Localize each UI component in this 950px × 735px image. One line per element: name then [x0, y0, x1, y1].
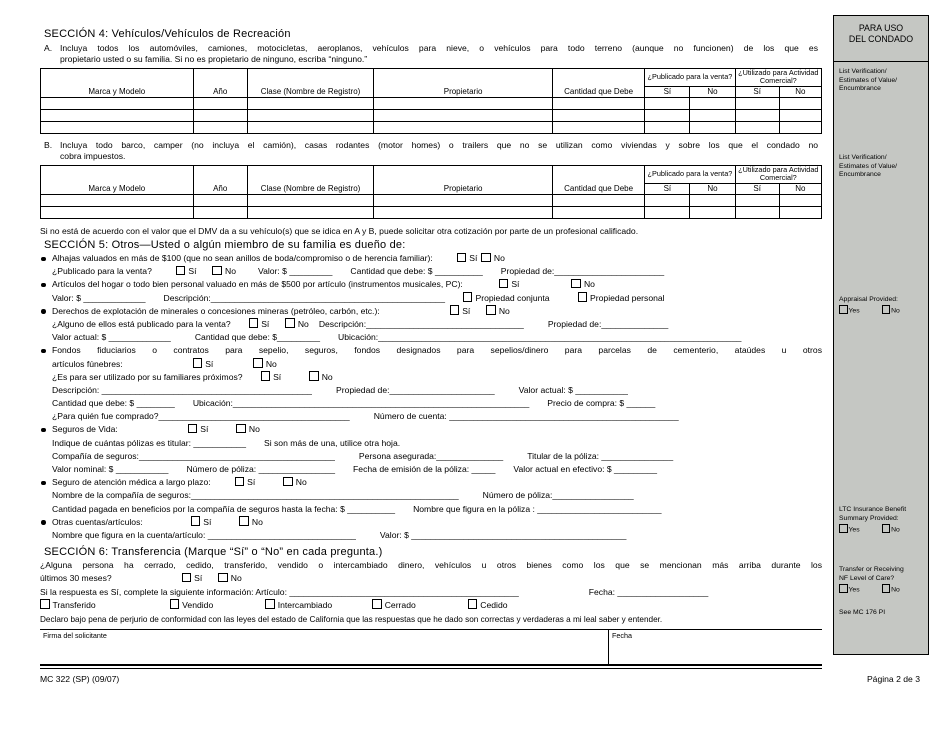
item-alhajas: Alhajas valuados en más de $100 (que no …	[40, 252, 822, 278]
table-row	[41, 195, 822, 207]
checkbox-propiedad-personal[interactable]	[578, 292, 588, 302]
checkbox-familiares-si[interactable]	[261, 371, 271, 381]
checkbox-publicado-no[interactable]	[212, 266, 222, 276]
ubicacion-field[interactable]: Ubicación:______________________________…	[338, 332, 741, 342]
checkbox-alhajas-no[interactable]	[481, 253, 491, 263]
bullet-icon	[41, 428, 46, 433]
polizas-nota: Si son más de una, utilice otra hoja.	[264, 438, 400, 448]
table-row	[41, 98, 822, 110]
seguros-vida-text: Seguros de Vida:	[52, 424, 118, 434]
checkbox-familiares-no[interactable]	[309, 371, 319, 381]
checkbox-label: Yes	[849, 308, 860, 315]
checkbox-fondos-si[interactable]	[193, 358, 203, 368]
checkbox-label: Sí	[469, 253, 477, 263]
checkbox-intercambiado[interactable]	[265, 599, 275, 609]
cantidad-beneficios-field[interactable]: Cantidad pagada en beneficios por la com…	[52, 504, 395, 514]
col-si-2: Sí	[735, 184, 779, 195]
checkbox-label: No	[225, 266, 236, 276]
minerales-text: Derechos de explotación de minerales o c…	[52, 306, 380, 316]
item-a-label: A.	[40, 43, 60, 54]
seguro-medico-text: Seguro de atención médica a largo plazo:	[52, 477, 211, 487]
checkbox-label: Cerrado	[385, 600, 416, 610]
checkbox-minerales-publicado-no[interactable]	[285, 318, 295, 328]
checkbox-label: Sí	[511, 279, 519, 289]
bullet-icon	[41, 481, 46, 486]
precio-compra-field[interactable]: Precio de compra: $ ______	[547, 398, 655, 408]
valor-field[interactable]: Valor: $ _________	[258, 266, 332, 276]
form-page: SECCIÓN 4: Vehículos/Vehículos de Recrea…	[0, 0, 950, 735]
checkbox-label: Sí	[194, 573, 202, 583]
checkbox-cedido[interactable]	[468, 599, 478, 609]
publicado-venta-q: ¿Publicado para la venta?	[52, 266, 152, 276]
checkbox-vendido[interactable]	[170, 599, 180, 609]
col-marca: Marca y Modelo	[41, 166, 194, 195]
checkbox-label: Cedido	[480, 600, 507, 610]
polizas-titular-field[interactable]: Indique de cuántas pólizas es titular: _…	[52, 438, 246, 448]
checkbox-articulos-si[interactable]	[499, 279, 509, 289]
numero-cuenta-field[interactable]: Número de cuenta: ______________________…	[374, 411, 679, 421]
col-cantidad: Cantidad que Debe	[552, 69, 644, 98]
item-articulos-hogar: Artículos del hogar o todo bien personal…	[40, 278, 822, 304]
nombre-cuenta-field[interactable]: Nombre que figura en la cuenta/artículo:…	[52, 530, 356, 540]
appraisal-provided-options: YesNo	[839, 305, 900, 315]
valor-field[interactable]: Valor: $ _____________	[52, 293, 146, 303]
publicado-venta-q: ¿Alguno de ellos está publicado para la …	[52, 319, 231, 329]
checkbox-label: Transferido	[53, 600, 96, 610]
page-number: Página 2 de 3	[867, 674, 920, 684]
col-no-1: No	[690, 184, 735, 195]
see-mc176-note: See MC 176 PI	[839, 609, 925, 618]
otras-cuentas-text: Otras cuentas/artículos:	[52, 517, 143, 527]
checkbox-fondos-no[interactable]	[253, 358, 263, 368]
checkbox-appraisal-yes[interactable]	[839, 305, 848, 314]
propiedad-de-field[interactable]: Propiedad de:______________________	[336, 385, 495, 395]
fecha-emision-field[interactable]: Fecha de emisión de la póliza: _____	[353, 464, 495, 474]
col-utilizado-group: ¿Utilizado para Actividad Comercial?	[735, 166, 821, 184]
checkbox-label: No	[266, 359, 277, 369]
persona-asegurada-field[interactable]: Persona asegurada:______________	[359, 451, 503, 461]
cantidad-debe-field[interactable]: Cantidad que debe: $_________	[195, 332, 320, 342]
checkbox-label: Propiedad conjunta	[475, 293, 549, 303]
list-verification-block-2: List Verification/ Estimates of Value/ E…	[839, 154, 925, 180]
checkbox-articulos-no[interactable]	[571, 279, 581, 289]
checkbox-label: No	[584, 279, 595, 289]
vehicles-table-a: Marca y Modelo Año Clase (Nombre de Regi…	[40, 68, 822, 134]
col-si-1: Sí	[645, 184, 690, 195]
item-minerales: Derechos de explotación de minerales o c…	[40, 305, 822, 345]
checkbox-minerales-si[interactable]	[450, 305, 460, 315]
table-row	[41, 110, 822, 122]
vehicles-table-b: Marca y Modelo Año Clase (Nombre de Regi…	[40, 165, 822, 219]
checkbox-appraisal-no[interactable]	[882, 305, 891, 314]
checkbox-alhajas-si[interactable]	[457, 253, 467, 263]
bullet-icon	[41, 309, 46, 314]
checkbox-nf-no[interactable]	[882, 584, 891, 593]
col-si-1: Sí	[645, 87, 690, 98]
appraisal-provided-label: Appraisal Provided:	[839, 296, 925, 305]
form-main-column: SECCIÓN 4: Vehículos/Vehículos de Recrea…	[40, 28, 822, 684]
checkbox-label: No	[891, 587, 900, 594]
checkbox-label: Sí	[203, 517, 211, 527]
checkbox-label: No	[231, 573, 242, 583]
descripcion-field[interactable]: Descripción:____________________________…	[319, 319, 524, 329]
compania-seguros-field[interactable]: Compañía de seguros:____________________…	[52, 451, 335, 461]
checkbox-transfer-si[interactable]	[182, 573, 192, 583]
familiares-q: ¿Es para ser utilizado por su familiares…	[52, 372, 243, 382]
transfer-nf-options: YesNo	[839, 584, 900, 594]
col-publicado-group: ¿Publicado para la venta?	[645, 69, 735, 87]
checkbox-label: No	[891, 308, 900, 315]
col-marca: Marca y Modelo	[41, 69, 194, 98]
articulos-text: Artículos del hogar o todo bien personal…	[52, 279, 463, 289]
declaration-text: Declaro bajo pena de perjurio de conform…	[40, 614, 822, 626]
checkbox-label: Sí	[273, 372, 281, 382]
col-utilizado-group: ¿Utilizado para Actividad Comercial?	[735, 69, 821, 87]
item-otras-cuentas: Otras cuentas/artículos:SíNo Nombre que …	[40, 516, 822, 542]
transfer-question-line1: ¿Alguna persona ha cerrado, cedido, tran…	[40, 559, 822, 572]
form-number: MC 322 (SP) (09/07)	[40, 674, 119, 684]
ltc-insurance-label: LTC Insurance Benefit Summary Provided:	[839, 506, 925, 523]
valor-nominal-field[interactable]: Valor nominal: $ ___________	[52, 464, 168, 474]
col-ano: Año	[193, 69, 247, 98]
checkbox-label: Intercambiado	[278, 600, 332, 610]
nombre-poliza-field[interactable]: Nombre que figura en la póliza : _______…	[413, 504, 661, 514]
checkbox-label: No	[298, 319, 309, 329]
signature-date-field[interactable]: Fecha	[608, 630, 822, 664]
col-clase: Clase (Nombre de Registro)	[247, 69, 373, 98]
checkbox-label: Yes	[849, 587, 860, 594]
bullet-icon	[41, 520, 46, 525]
cantidad-debe-field[interactable]: Cantidad que debe: $ __________	[350, 266, 482, 276]
titular-poliza-field[interactable]: Titular de la póliza: _______________	[527, 451, 673, 461]
valor-actual-field[interactable]: Valor actual: $ _____________	[52, 332, 171, 342]
fecha-field[interactable]: Fecha: ___________________	[589, 587, 708, 597]
checkbox-transferido[interactable]	[40, 599, 50, 609]
sidebar-title: PARA USO DEL CONDADO	[834, 16, 928, 62]
checkbox-label: Sí	[261, 319, 269, 329]
checkbox-transfer-no[interactable]	[218, 573, 228, 583]
form-end-rule	[40, 664, 822, 669]
checkbox-otras-cuentas-si[interactable]	[191, 516, 201, 526]
bullet-icon	[41, 283, 46, 288]
table-row	[41, 122, 822, 134]
item-seguro-medico: Seguro de atención médica a largo plazo:…	[40, 476, 822, 516]
list-verification-block-1: List Verification/ Estimates of Value/ E…	[839, 68, 925, 94]
col-no-2: No	[779, 184, 821, 195]
checkbox-seguro-medico-si[interactable]	[235, 477, 245, 487]
checkbox-ltc-no[interactable]	[882, 524, 891, 533]
para-quien-field[interactable]: ¿Para quién fue comprado?_______________…	[52, 411, 350, 421]
numero-poliza-field[interactable]: Número de póliza: ________________	[186, 464, 335, 474]
descripcion-field[interactable]: Descripción:____________________________…	[164, 293, 445, 303]
section5-title: SECCIÓN 5: Otros—Usted o algún miembro d…	[44, 239, 822, 251]
checkbox-seguros-vida-si[interactable]	[188, 424, 198, 434]
propiedad-de-field[interactable]: Propiedad de:_______________________	[501, 266, 664, 276]
dmv-note: Si no está de acuerdo con el valor que e…	[40, 226, 822, 237]
numero-poliza-field[interactable]: Número de póliza:_________________	[483, 490, 634, 500]
col-publicado-group: ¿Publicado para la venta?	[645, 166, 735, 184]
checkbox-ltc-yes[interactable]	[839, 524, 848, 533]
item-b-text-line2: cobra impuestos.	[60, 151, 125, 161]
checkbox-minerales-publicado-si[interactable]	[249, 318, 259, 328]
col-propietario: Propietario	[374, 166, 553, 195]
fondos-text-line1: Fondos fiduciarios o contratos para sepe…	[52, 344, 822, 357]
checkbox-label: Propiedad personal	[590, 293, 665, 303]
checkbox-cerrado[interactable]	[372, 599, 382, 609]
checkbox-label: No	[494, 253, 505, 263]
section4-title: SECCIÓN 4: Vehículos/Vehículos de Recrea…	[44, 28, 822, 40]
item-seguros-vida: Seguros de Vida:SíNo Indique de cuántas …	[40, 423, 822, 476]
checkbox-seguro-medico-no[interactable]	[283, 477, 293, 487]
item-a-text-line1: Incluya todos los automóviles, camiones,…	[60, 43, 818, 54]
checkbox-label: No	[296, 477, 307, 487]
checkbox-label: Sí	[462, 306, 470, 316]
checkbox-label: No	[249, 424, 260, 434]
checkbox-label: Sí	[200, 424, 208, 434]
checkbox-label: No	[322, 372, 333, 382]
signature-field[interactable]: Firma del solicitante	[40, 630, 608, 664]
col-clase: Clase (Nombre de Registro)	[247, 166, 373, 195]
footer: MC 322 (SP) (09/07) Página 2 de 3	[40, 674, 922, 684]
county-use-sidebar: PARA USO DEL CONDADO List Verification/ …	[833, 15, 929, 655]
signature-box: Firma del solicitante Fecha	[40, 629, 822, 664]
propiedad-de-field[interactable]: Propiedad de:______________	[548, 319, 668, 329]
checkbox-label: Sí	[188, 266, 196, 276]
cantidad-debe-field[interactable]: Cantidad que debe: $ ________	[52, 398, 175, 408]
checkbox-label: No	[891, 527, 900, 534]
col-no-2: No	[779, 87, 821, 98]
checkbox-seguros-vida-no[interactable]	[236, 424, 246, 434]
checkbox-propiedad-conjunta[interactable]	[463, 292, 473, 302]
bullet-icon	[41, 349, 46, 354]
checkbox-nf-yes[interactable]	[839, 584, 848, 593]
checkbox-label: No	[252, 517, 263, 527]
col-si-2: Sí	[735, 87, 779, 98]
alhajas-text: Alhajas valuados en más de $100 (que no …	[52, 253, 433, 263]
col-cantidad: Cantidad que Debe	[552, 166, 644, 195]
checkbox-minerales-no[interactable]	[486, 305, 496, 315]
valor-actual-field[interactable]: Valor actual: $ ___________	[519, 385, 628, 395]
col-ano: Año	[193, 166, 247, 195]
item-b-label: B.	[40, 140, 60, 151]
valor-efectivo-field[interactable]: Valor actual en efectivo: $ _________	[513, 464, 657, 474]
item-a-text-line2: propietario usted o su familia. Si no es…	[60, 54, 367, 64]
ltc-insurance-options: YesNo	[839, 524, 900, 534]
item-b-text-line1: Incluya todo barco, camper (no incluya e…	[60, 140, 818, 151]
section4-item-b: B.Incluya todo barco, camper (no incluya…	[40, 140, 822, 161]
item-fondos-fiduciarios: Fondos fiduciarios o contratos para sepe…	[40, 344, 822, 423]
col-propietario: Propietario	[374, 69, 553, 98]
checkbox-label: Vendido	[182, 600, 213, 610]
checkbox-label: Yes	[849, 527, 860, 534]
table-row	[41, 207, 822, 219]
fondos-text-line2: artículos fúnebres:	[52, 359, 123, 369]
checkbox-publicado-si[interactable]	[176, 266, 186, 276]
section6-title: SECCIÓN 6: Transferencia (Marque “Sí” o …	[44, 546, 822, 558]
ubicacion-field[interactable]: Ubicación:______________________________…	[193, 398, 529, 408]
transfer-nf-label: Transfer or Receiving NF Level of Care?	[839, 566, 925, 583]
nombre-compania-field[interactable]: Nombre de la compañía de seguros:_______…	[52, 490, 459, 500]
transfer-question-line2: últimos 30 meses?	[40, 573, 112, 583]
descripcion-field[interactable]: Descripción: ___________________________…	[52, 385, 312, 395]
checkbox-otras-cuentas-no[interactable]	[239, 516, 249, 526]
checkbox-label: No	[499, 306, 510, 316]
articulo-field[interactable]: Si la respuesta es Sí, complete la sigui…	[40, 587, 519, 597]
section4-item-a: A.Incluya todos los automóviles, camione…	[40, 43, 822, 64]
checkbox-label: Sí	[247, 477, 255, 487]
bullet-icon	[41, 257, 46, 262]
col-no-1: No	[690, 87, 735, 98]
valor-field[interactable]: Valor: $ _______________________________…	[380, 530, 626, 540]
checkbox-label: Sí	[205, 359, 213, 369]
